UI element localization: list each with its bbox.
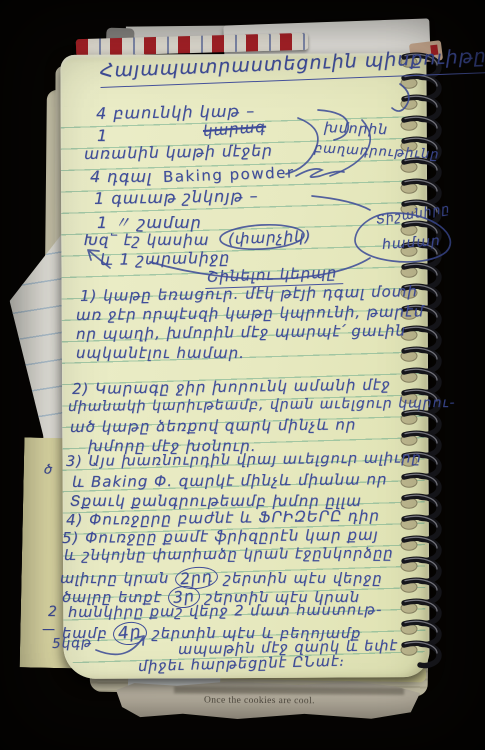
margin-mark: 2 bbox=[48, 604, 58, 620]
step-text: շերտին պէս վերջը bbox=[218, 571, 383, 587]
step-line: և Baking Փ. զարկէ մինչև միանա որ bbox=[72, 470, 388, 491]
ingredient-line: և 1 շարանիջը bbox=[100, 249, 230, 269]
step-line: ած կաթը ձեռքով զարկ մինչև որ bbox=[70, 416, 356, 436]
ingredient-line: 4 դգալ bbox=[90, 167, 152, 186]
step-line: առ ջէր որպէսզի կաթը կպրունի, թարէմ bbox=[76, 302, 424, 324]
ingredient-parenthetical: (փարչիկ) bbox=[228, 227, 312, 248]
ingredient-line: 1 bbox=[97, 126, 108, 145]
ingredient-line: 1 〃 շամար bbox=[97, 210, 202, 233]
notebook-photo-scene: Once the cookies are cool. bbox=[0, 0, 485, 750]
step-text: ալիւրը կրան bbox=[60, 571, 175, 587]
step-line: հանկիրը քաշ վերջ 2 մատ հաստութ- bbox=[68, 602, 382, 621]
pen-dash-curve bbox=[312, 196, 370, 210]
step-line: սպկանէլու համար. bbox=[76, 344, 245, 362]
pen-title-flourish bbox=[392, 84, 409, 111]
side-note-line: խմորին bbox=[324, 120, 389, 138]
ingredient-line: Խզ՟ էշ կասիա bbox=[84, 231, 209, 249]
step-line: որ պաղի, խմորին մէջ պարպէ՛ ցաւին bbox=[76, 322, 406, 343]
ingredient-line: 1 գաւաթ շնկոյթ – bbox=[94, 186, 259, 208]
ingredient-line: առանին կաթի մէջեր bbox=[84, 142, 273, 163]
margin-mark: 5կգթ bbox=[52, 635, 93, 652]
step-line: 5) Փուռջըը քամէ ֆրիզըրէն կար քայ bbox=[62, 526, 379, 547]
step-line: և շնկոյնը փարիաձը կրան էջընկորձըը bbox=[64, 546, 394, 564]
margin-mark: — bbox=[42, 622, 56, 637]
circled-ordinal: 4ր bbox=[112, 621, 147, 647]
